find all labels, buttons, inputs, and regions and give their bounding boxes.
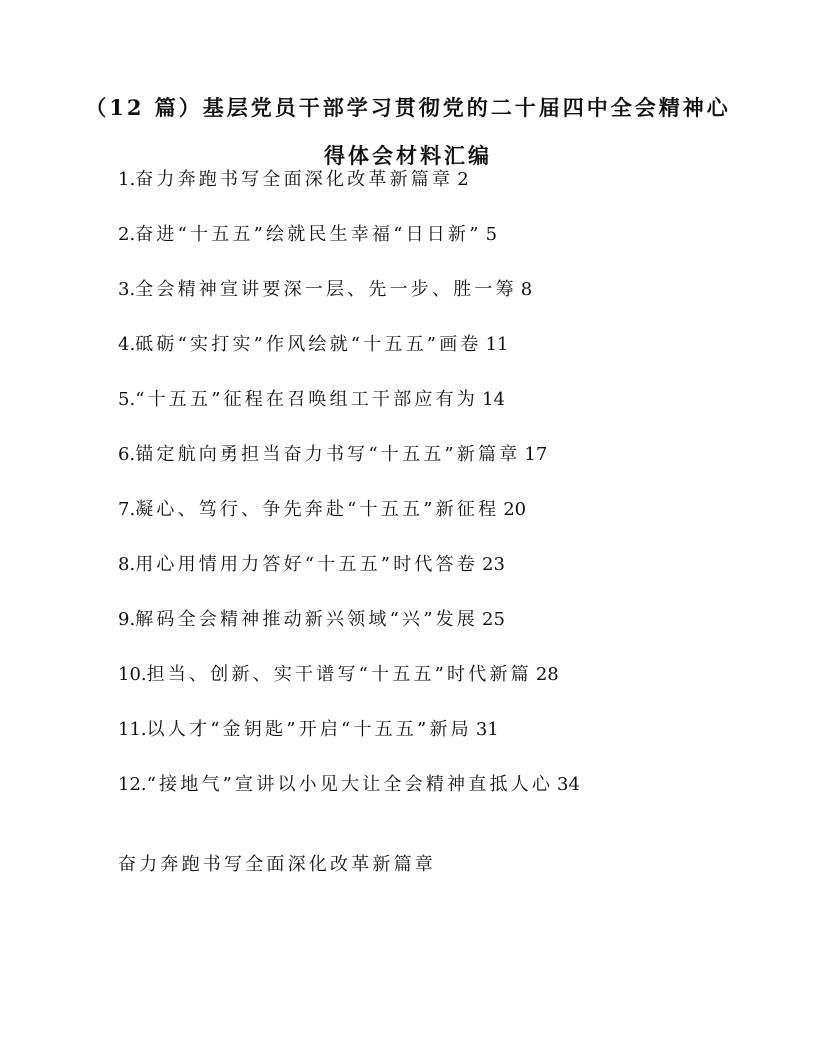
toc-item: 6.锚定航向勇担当奋力书写“十五五”新篇章17	[118, 441, 738, 496]
toc-item-page: 28	[536, 664, 559, 685]
toc-item-title: 凝心、笃行、争先奔赴“十五五”新征程	[135, 499, 499, 520]
toc-item-title: 全会精神宣讲要深一层、先一步、胜一筹	[135, 279, 517, 300]
toc-item-number: 5.	[118, 389, 135, 410]
toc-item-page: 17	[524, 444, 547, 465]
toc-item-page: 34	[557, 774, 580, 795]
toc-item-title: 担当、创新、实干谱写“十五五”时代新篇	[147, 664, 532, 685]
toc-item-title: 奋进“十五五”绘就民生幸福“日日新”	[135, 224, 481, 245]
toc-item-number: 12.	[118, 774, 147, 795]
toc-item-title: 用心用情用力答好“十五五”时代答卷	[135, 554, 478, 575]
toc-item-number: 2.	[118, 224, 135, 245]
toc-item: 11.以人才“金钥匙”开启“十五五”新局31	[118, 716, 738, 771]
toc-item: 9.解码全会精神推动新兴领域“兴”发展25	[118, 606, 738, 661]
toc-item-page: 14	[482, 389, 505, 410]
toc-item-title: 奋力奔跑书写全面深化改革新篇章	[135, 169, 453, 190]
toc-item-page: 20	[503, 499, 526, 520]
toc-item-number: 8.	[118, 554, 135, 575]
section-heading: 奋力奔跑书写全面深化改革新篇章	[118, 851, 436, 879]
toc-item-page: 2	[457, 169, 468, 190]
toc-item-page: 23	[482, 554, 505, 575]
toc-item-number: 11.	[118, 719, 147, 740]
toc-item-page: 11	[486, 334, 509, 355]
toc-item-title: 砥砺“实打实”作风绘就“十五五”画卷	[135, 334, 481, 355]
toc-item: 10.担当、创新、实干谱写“十五五”时代新篇28	[118, 661, 738, 716]
toc-item-title: “十五五”征程在召唤组工干部应有为	[135, 389, 478, 410]
toc-item-title: 以人才“金钥匙”开启“十五五”新局	[147, 719, 472, 740]
toc-item-number: 6.	[118, 444, 135, 465]
toc-item-number: 1.	[118, 169, 135, 190]
toc-item-title: 解码全会精神推动新兴领域“兴”发展	[135, 609, 478, 630]
toc-item-page: 25	[482, 609, 505, 630]
toc-item-number: 3.	[118, 279, 135, 300]
document-page: （12 篇）基层党员干部学习贯彻党的二十届四中全会精神心 得体会材料汇编 1.奋…	[0, 0, 816, 1056]
toc-item-number: 7.	[118, 499, 135, 520]
toc-item-page: 8	[521, 279, 532, 300]
toc-item-page: 31	[476, 719, 499, 740]
table-of-contents: 1.奋力奔跑书写全面深化改革新篇章2 2.奋进“十五五”绘就民生幸福“日日新”5…	[118, 166, 738, 826]
toc-item: 4.砥砺“实打实”作风绘就“十五五”画卷11	[118, 331, 738, 386]
toc-item: 1.奋力奔跑书写全面深化改革新篇章2	[118, 166, 738, 221]
toc-item-title: 锚定航向勇担当奋力书写“十五五”新篇章	[135, 444, 520, 465]
toc-item: 12.“接地气”宣讲以小见大让全会精神直抵人心34	[118, 771, 738, 826]
toc-item-number: 9.	[118, 609, 135, 630]
toc-item-title: “接地气”宣讲以小见大让全会精神直抵人心	[147, 774, 553, 795]
toc-item: 3.全会精神宣讲要深一层、先一步、胜一筹8	[118, 276, 738, 331]
toc-item-page: 5	[486, 224, 497, 245]
toc-item: 2.奋进“十五五”绘就民生幸福“日日新”5	[118, 221, 738, 276]
toc-item: 7.凝心、笃行、争先奔赴“十五五”新征程20	[118, 496, 738, 551]
toc-item-number: 4.	[118, 334, 135, 355]
toc-item-number: 10.	[118, 664, 147, 685]
toc-item: 8.用心用情用力答好“十五五”时代答卷23	[118, 551, 738, 606]
document-title-line-1: （12 篇）基层党员干部学习贯彻党的二十届四中全会精神心	[0, 94, 816, 122]
toc-item: 5.“十五五”征程在召唤组工干部应有为14	[118, 386, 738, 441]
